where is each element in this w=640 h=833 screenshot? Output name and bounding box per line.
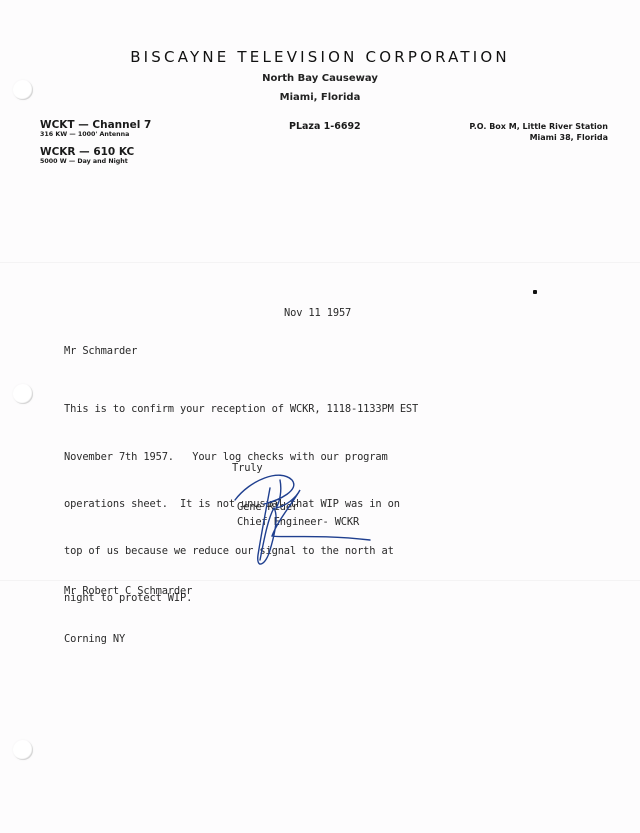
recipient-line: Corning NY	[64, 632, 192, 648]
mailing-line: P.O. Box M, Little River Station	[469, 121, 608, 132]
station-detail: 5000 W — Day and Night	[40, 158, 134, 166]
handwritten-signature	[220, 460, 380, 575]
ink-speck	[533, 290, 537, 294]
company-street: North Bay Causeway	[0, 73, 640, 84]
phone-number: PLaza 1-6692	[289, 121, 361, 132]
salutation: Mr Schmarder	[64, 344, 137, 360]
punch-hole	[13, 740, 33, 760]
paper-fold	[0, 262, 640, 263]
recipient-address: Mr Robert C Schmarder Corning NY	[64, 553, 192, 679]
body-line: This is to confirm your reception of WCK…	[64, 402, 418, 418]
station-wckr: WCKR — 610 KC 5000 W — Day and Night	[40, 146, 134, 166]
company-city: Miami, Florida	[0, 92, 640, 103]
station-call: WCKT — Channel 7	[40, 119, 151, 131]
company-name: BISCAYNE TELEVISION CORPORATION	[0, 48, 640, 66]
punch-hole	[13, 384, 33, 404]
recipient-line: Mr Robert C Schmarder	[64, 584, 192, 600]
letter-page: BISCAYNE TELEVISION CORPORATION North Ba…	[0, 0, 640, 833]
station-wckt: WCKT — Channel 7 316 KW — 1000' Antenna	[40, 119, 151, 139]
station-call: WCKR — 610 KC	[40, 146, 134, 158]
mailing-line: Miami 38, Florida	[469, 132, 608, 143]
letter-date: Nov 11 1957	[284, 306, 351, 322]
mailing-address: P.O. Box M, Little River Station Miami 3…	[469, 121, 608, 143]
station-detail: 316 KW — 1000' Antenna	[40, 131, 151, 139]
